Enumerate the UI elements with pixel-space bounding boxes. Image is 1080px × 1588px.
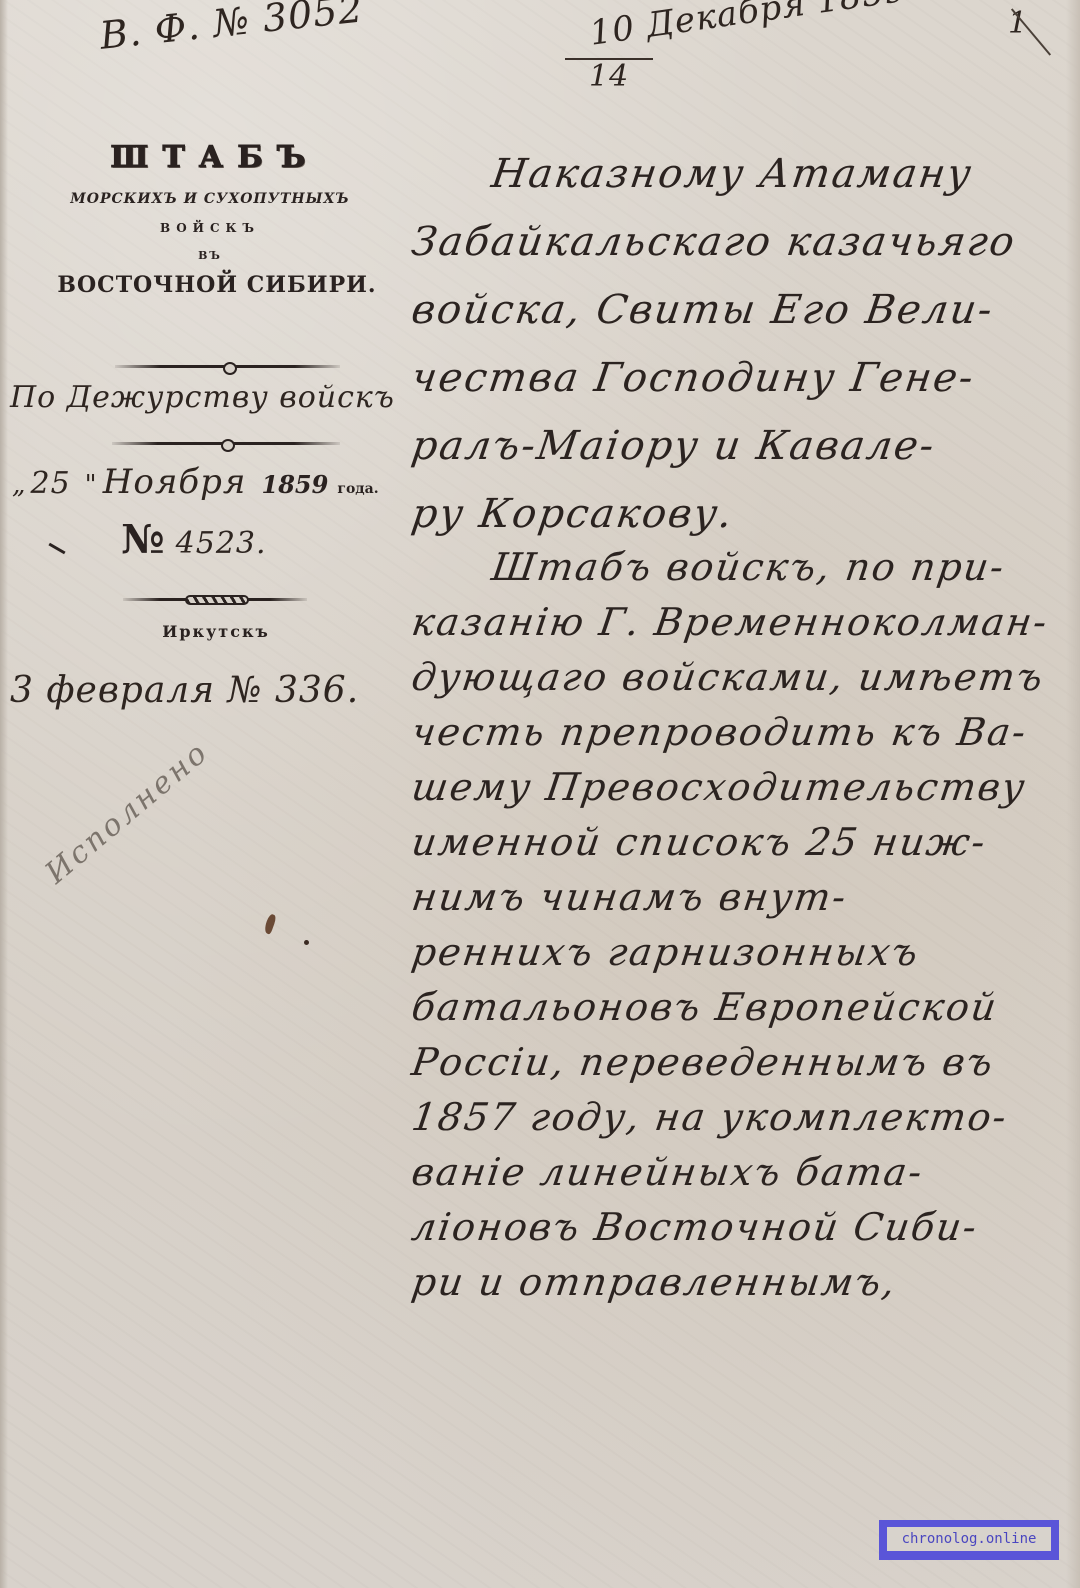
department-line: По Дежурству войскъ [10, 380, 395, 415]
letterhead-line-4: ВЪ [0, 249, 420, 262]
body-line: шему Превосходительству [408, 760, 1052, 815]
date-close-quote: " [85, 470, 98, 500]
number-sign: № [121, 516, 164, 563]
addressee-line: Забайкальскаго казачьяго [407, 208, 1020, 276]
addressee-line: войска, Свиты Его Вели- [407, 276, 1020, 344]
city-name: Иркутскъ [0, 622, 432, 641]
addressee-line: ралъ-Маiору и Кавале- [407, 412, 1020, 480]
body-line: нимъ чинамъ внут- [408, 870, 1052, 925]
body-line: лiоновъ Восточной Сиби- [408, 1200, 1052, 1255]
body-line: Штабъ войскъ, по при- [408, 540, 1052, 595]
letterhead-line-5: ВОСТОЧНОЙ СИБИРИ. [14, 272, 420, 298]
letterhead-title: ШТАБЪ [10, 140, 420, 175]
addressee-line: Наказному Атаману [407, 140, 1020, 208]
date-day: 25 [30, 466, 70, 501]
paper-edge-right [1066, 0, 1080, 1588]
flourish-divider-2 [112, 442, 340, 445]
body-line: честь препроводить къ Ва- [408, 705, 1052, 760]
outgoing-number-value: 4523. [176, 526, 267, 561]
letterhead-line-2: МОРСКИХЪ И СУХОПУТНЫХЪ [0, 191, 420, 207]
body-line: ри и отправленнымъ, [408, 1255, 1052, 1310]
date-suffix: года. [337, 481, 378, 497]
received-sub-number: 14 [565, 58, 653, 94]
ink-dot [304, 940, 309, 945]
body-line: ванiе линейныхъ бата- [408, 1145, 1052, 1200]
body-line: казанiю Г. Временноколман- [408, 595, 1052, 650]
letterhead-date: „25" Ноября 1859 года. [12, 462, 379, 502]
watermark-badge: chronolog.online [879, 1520, 1059, 1560]
date-month: Ноября [103, 462, 247, 502]
date-year: 1859 [262, 470, 329, 499]
body-line: 1857 году, на укомплекто- [408, 1090, 1052, 1145]
date-open-quote: „ [12, 470, 26, 500]
body-line: батальоновъ Европейской [408, 980, 1052, 1035]
body-line: Россiи, переведеннымъ въ [408, 1035, 1052, 1090]
addressee-block: Наказному Атаману Забайкальскаго казачья… [412, 140, 1016, 548]
flourish-divider-1 [115, 365, 340, 368]
dash-mark [48, 543, 65, 555]
body-line: реннихъ гарнизонныхъ [408, 925, 1052, 980]
flourish-divider-3 [123, 598, 307, 601]
letterhead-line-3: ВОЙСКЪ [0, 221, 420, 235]
addressee-line: ру Корсакову. [407, 480, 1020, 548]
letterhead: ШТАБЪ МОРСКИХЪ И СУХОПУТНЫХЪ ВОЙСКЪ ВЪ В… [0, 140, 420, 298]
outgoing-number: № 4523. [48, 516, 267, 563]
body-line: именной списокъ 25 ниж- [408, 815, 1052, 870]
letter-body: Штабъ войскъ, по при- казанiю Г. Временн… [412, 540, 1048, 1310]
addressee-line: чества Господину Гене- [407, 344, 1020, 412]
reference-note: 3 февраля № 336. [10, 670, 359, 711]
watermark-text: chronolog.online [887, 1527, 1051, 1551]
body-line: дующаго войсками, имѣетъ [408, 650, 1052, 705]
